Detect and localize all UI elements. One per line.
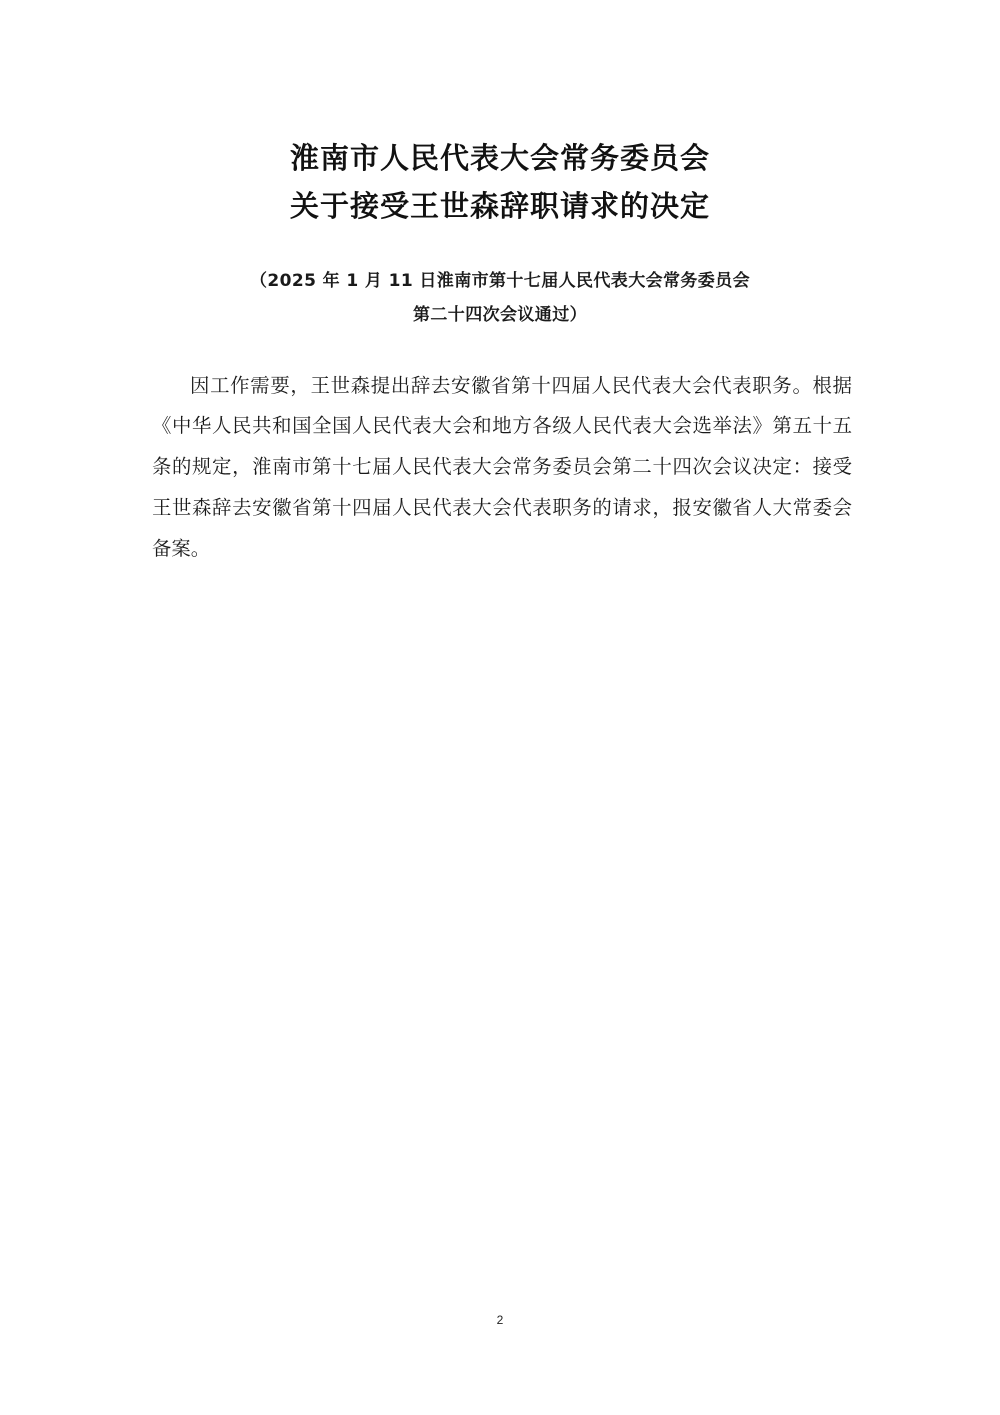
body-paragraph-line-2: 《中华人民共和国全国人民代表大会和地方各级人民代表大会选举法》第五十五	[152, 410, 852, 438]
document-subtitle-line-1: （2025 年 1 月 11 日淮南市第十七届人民代表大会常务委员会	[0, 266, 1000, 291]
body-paragraph-line-3: 条的规定，淮南市第十七届人民代表大会常务委员会第二十四次会议决定：接受	[152, 451, 852, 479]
document-title-line-2: 关于接受王世森辞职请求的决定	[0, 184, 1000, 225]
page-number: 2	[0, 1313, 1000, 1327]
body-paragraph-line-5: 备案。	[152, 533, 852, 561]
document-title-line-1: 淮南市人民代表大会常务委员会	[0, 136, 1000, 177]
body-paragraph-line-4: 王世森辞去安徽省第十四届人民代表大会代表职务的请求，报安徽省人大常委会	[152, 492, 852, 520]
document-subtitle-line-2: 第二十四次会议通过）	[0, 300, 1000, 325]
body-paragraph-line-1: 因工作需要，王世森提出辞去安徽省第十四届人民代表大会代表职务。根据	[190, 370, 852, 398]
document-page: 淮南市人民代表大会常务委员会 关于接受王世森辞职请求的决定 （2025 年 1 …	[0, 0, 1000, 1415]
